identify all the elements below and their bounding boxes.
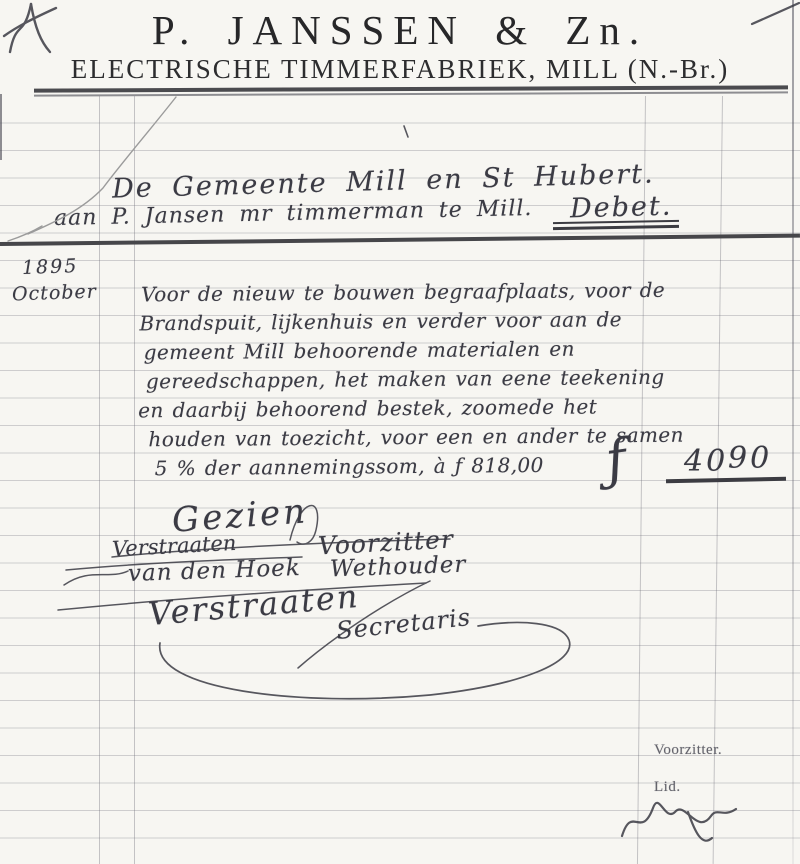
debet-underline-bottom	[553, 225, 679, 230]
page-edge-right	[792, 0, 794, 864]
amount-cents: 90	[728, 441, 772, 476]
description-line: Voor de nieuw te bouwen begraafplaats, v…	[141, 278, 683, 312]
signature-name-secretaris: Verstraaten	[147, 577, 361, 633]
description-line: en daarbij behoorend bestek, zoomede het	[138, 394, 684, 428]
stamp-voorzitter-label: Voorzitter.	[654, 742, 722, 759]
pen-tick-icon	[404, 126, 408, 137]
description-block: Voor de nieuw te bouwen begraafplaats, v…	[141, 278, 684, 486]
description-line: gereedschappen, het maken van eene teeke…	[146, 365, 684, 399]
signature-name-wethouder: van den Hoek	[128, 555, 302, 587]
stamp-lid-label: Lid.	[654, 779, 681, 796]
section-divider-rule	[0, 234, 800, 246]
description-line: Brandspuit, lijkenhuis en verder voor aa…	[139, 307, 683, 341]
description-line: gemeent Mill behoorende materialen en	[144, 336, 684, 370]
signature-name-voorzitter: Verstraaten	[111, 531, 236, 561]
page-edge-left	[0, 94, 2, 160]
amount-guilders: 40	[684, 444, 728, 479]
company-subtitle: ELECTRISCHE TIMMERFABRIEK, MILL (N.-Br.)	[0, 54, 800, 85]
company-name: P. JANSSEN & Zn.	[0, 6, 800, 54]
signature-member-icon	[622, 803, 736, 841]
scanned-invoice-document: P. JANSSEN & Zn. ELECTRISCHE TIMMERFABRI…	[0, 0, 800, 864]
entry-year: 1895	[22, 255, 79, 279]
entry-month: October	[12, 281, 97, 306]
